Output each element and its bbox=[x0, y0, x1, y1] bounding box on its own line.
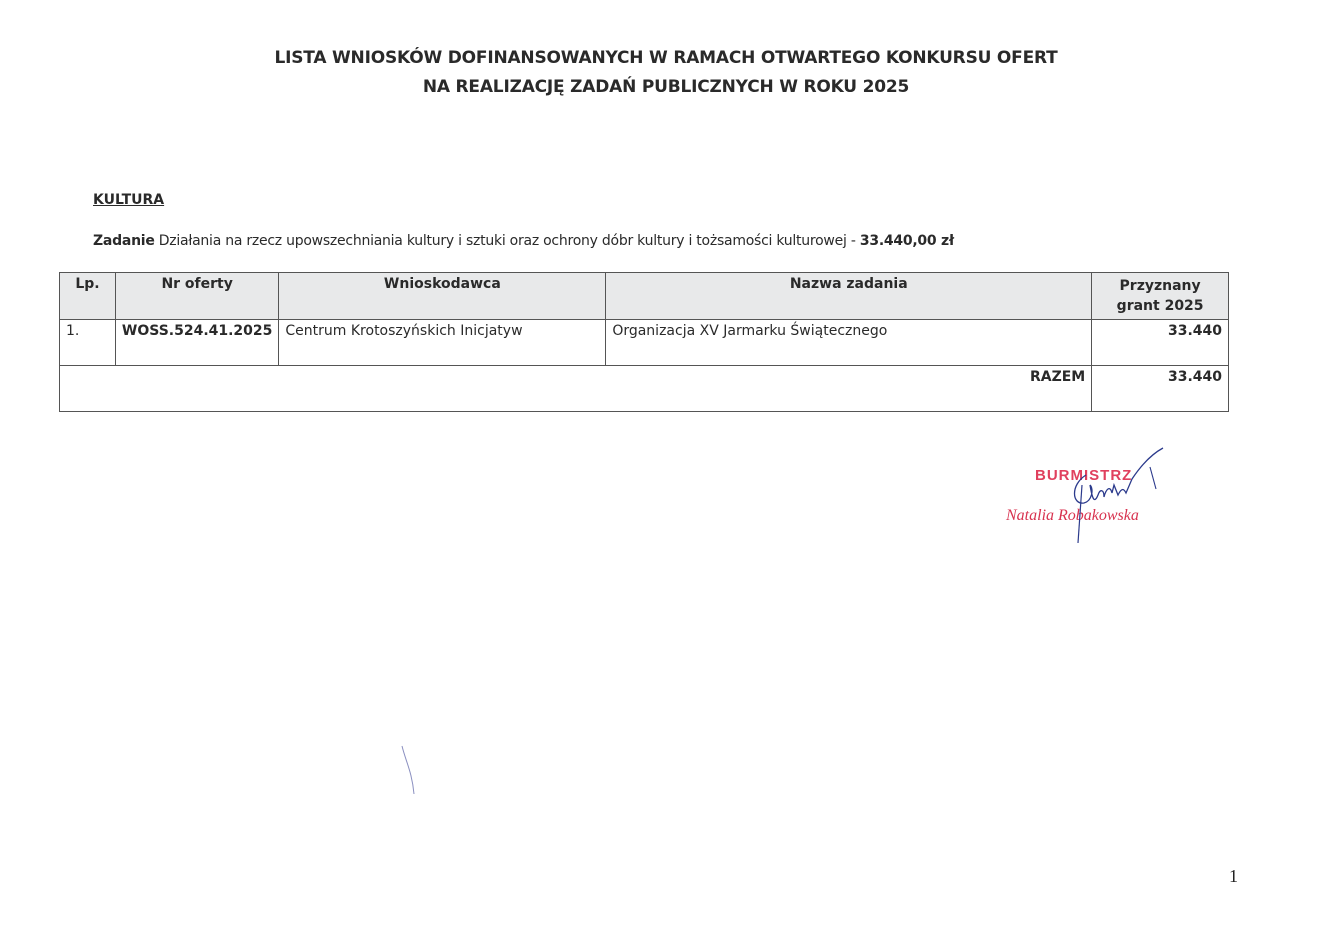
task-text: Działania na rzecz upowszechniania kultu… bbox=[159, 233, 860, 249]
header-nr-oferty: Nr oferty bbox=[115, 273, 279, 320]
cell-nazwa-zadania: Organizacja XV Jarmarku Świątecznego bbox=[606, 320, 1092, 366]
total-label: RAZEM bbox=[60, 366, 1092, 412]
cell-lp: 1. bbox=[60, 320, 116, 366]
header-nazwa-zadania: Nazwa zadania bbox=[606, 273, 1092, 320]
stray-pen-mark-icon bbox=[398, 742, 418, 797]
cell-grant: 33.440 bbox=[1092, 320, 1229, 366]
header-grant-line-1: Przyznany bbox=[1098, 276, 1222, 296]
header-lp: Lp. bbox=[60, 273, 116, 320]
cell-wnioskodawca: Centrum Krotoszyńskich Inicjatyw bbox=[279, 320, 606, 366]
handwritten-signature-icon bbox=[1000, 445, 1190, 545]
task-label: Zadanie bbox=[93, 233, 155, 249]
table-total-row: RAZEM 33.440 bbox=[60, 366, 1229, 412]
page-number: 1 bbox=[1229, 866, 1238, 887]
task-amount: 33.440,00 zł bbox=[860, 233, 954, 249]
section-heading: KULTURA bbox=[93, 192, 164, 208]
table-row: 1. WOSS.524.41.2025 Centrum Krotoszyński… bbox=[60, 320, 1229, 366]
header-wnioskodawca: Wnioskodawca bbox=[279, 273, 606, 320]
grants-table: Lp. Nr oferty Wnioskodawca Nazwa zadania… bbox=[59, 272, 1229, 412]
table-header-row: Lp. Nr oferty Wnioskodawca Nazwa zadania… bbox=[60, 273, 1229, 320]
header-grant-line-2: grant 2025 bbox=[1098, 296, 1222, 316]
total-value: 33.440 bbox=[1092, 366, 1229, 412]
document-title-line-1: LISTA WNIOSKÓW DOFINANSOWANYCH W RAMACH … bbox=[0, 48, 1322, 68]
document-title-line-2: NA REALIZACJĘ ZADAŃ PUBLICZNYCH W ROKU 2… bbox=[0, 77, 1322, 97]
task-description: Zadanie Działania na rzecz upowszechnian… bbox=[93, 233, 954, 249]
signature-stamp: BURMISTRZ Natalia Robakowska bbox=[1000, 445, 1190, 545]
cell-nr-oferty: WOSS.524.41.2025 bbox=[115, 320, 279, 366]
header-przyznany-grant: Przyznany grant 2025 bbox=[1092, 273, 1229, 320]
